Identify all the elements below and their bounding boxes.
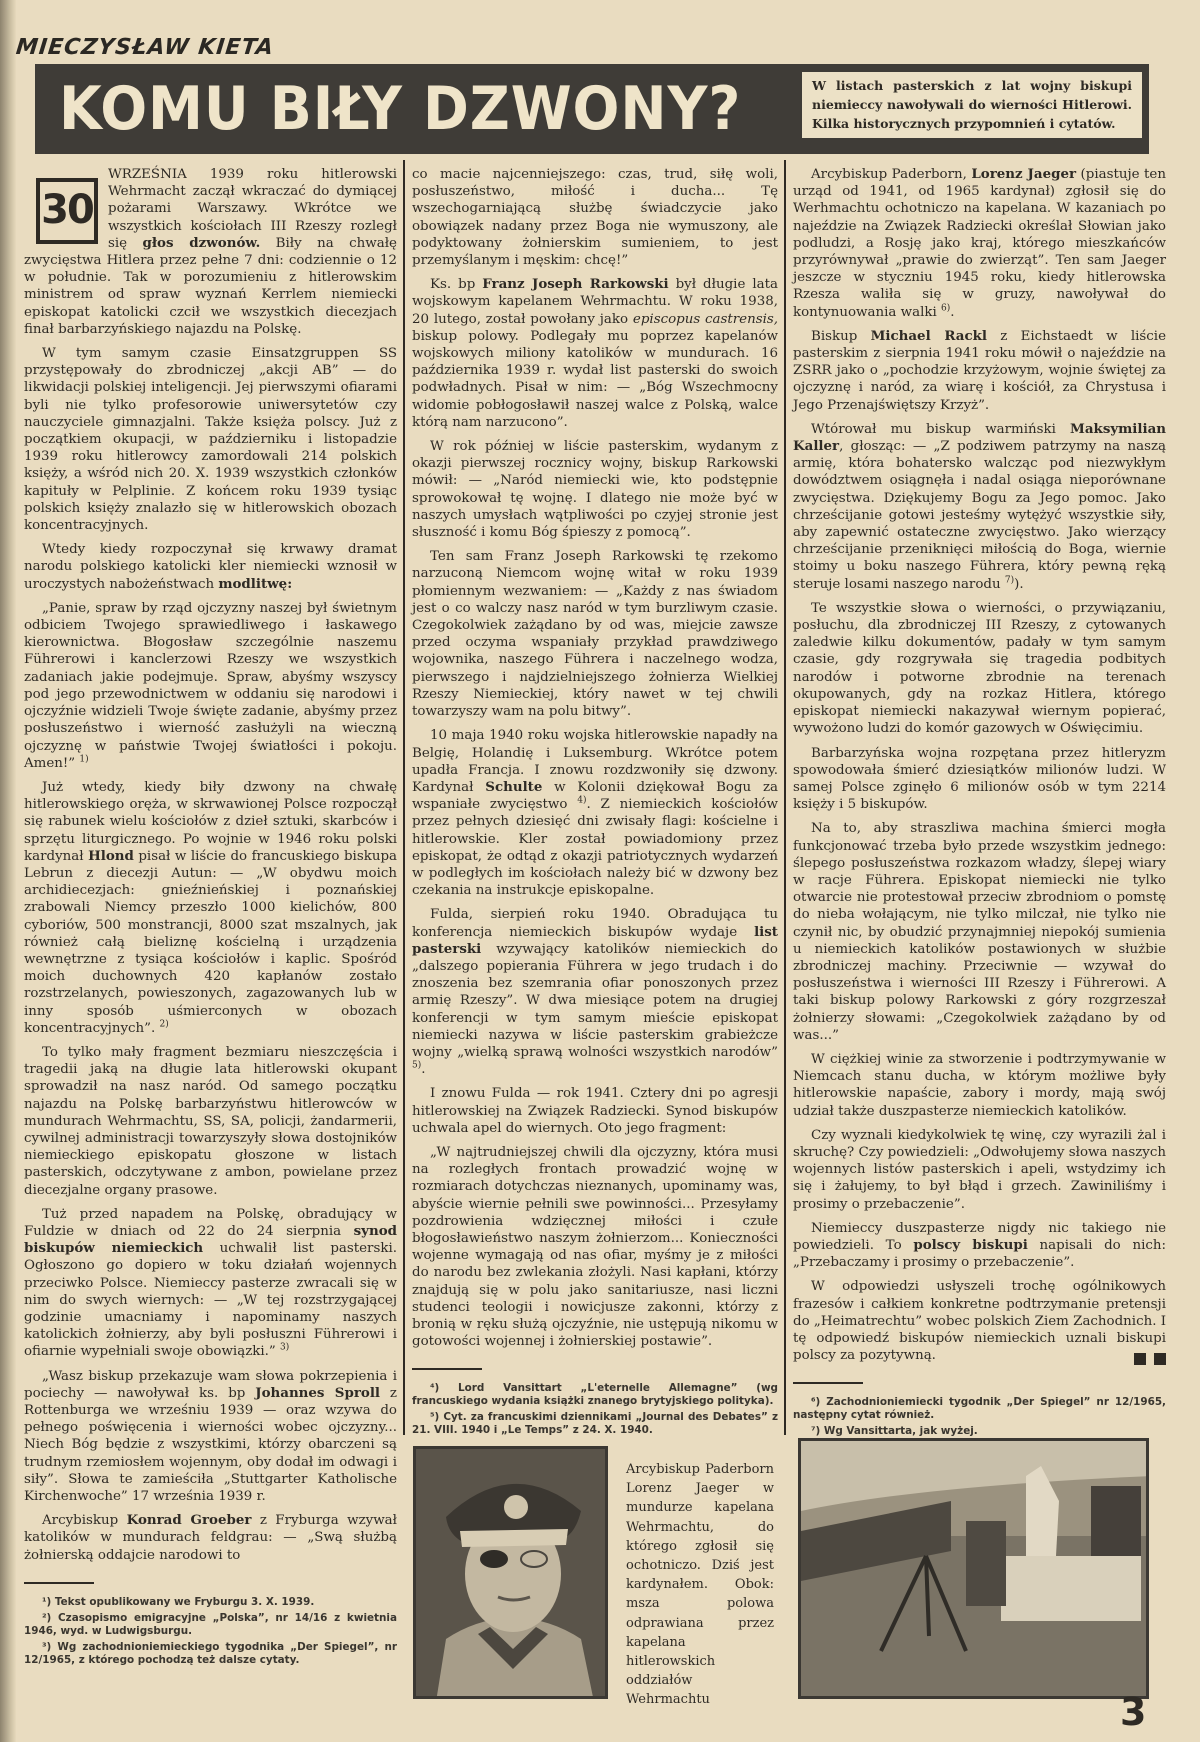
portrait-illustration (416, 1449, 608, 1699)
paragraph: Ks. bp Franz Joseph Rarkowski był długie… (412, 276, 778, 431)
portrait-photo (413, 1446, 608, 1699)
footnote-separator (412, 1368, 482, 1370)
paragraph: W rok później w liście pasterskim, wydan… (412, 438, 778, 541)
paragraph: Arcybiskup Konrad Groeber z Fryburga wzy… (24, 1512, 397, 1564)
page-number: 3 (1120, 1690, 1146, 1734)
article-column-2: co macie najcenniejszego: czas, trud, si… (412, 166, 778, 1440)
footnote: ³) Wg zachodnioniemieckiego tygodnika „D… (24, 1641, 397, 1667)
footnote-ref: 3) (280, 1343, 289, 1353)
paragraph: I znowu Fulda — rok 1941. Cztery dni po … (412, 1085, 778, 1137)
dropcap-date: 30 (36, 178, 98, 244)
paragraph: W tym samym czasie Einsatzgruppen SS prz… (24, 345, 397, 534)
paragraph: Już wtedy, kiedy biły dzwony na chwałę h… (24, 779, 397, 1037)
field-mass-photo (798, 1438, 1149, 1699)
paragraph: Czy wyznali kiedykolwiek tę winę, czy wy… (793, 1127, 1166, 1213)
field-mass-illustration (801, 1441, 1149, 1699)
author-byline: MIECZYSŁAW KIETA (15, 35, 275, 60)
footnote-ref: 5) (412, 1061, 421, 1071)
footnote: ⁴) Lord Vansittart „L'eternelle Allemagn… (412, 1382, 778, 1408)
footnote-ref: 6) (941, 303, 950, 313)
end-of-article-marks (1108, 1353, 1166, 1370)
paragraph: To tylko mały fragment bezmiaru nieszczę… (24, 1044, 397, 1199)
subtitle-box: W listach pasterskich z lat wojny biskup… (802, 72, 1142, 138)
paragraph: Wtedy kiedy rozpoczynał się krwawy drama… (24, 541, 397, 593)
article-column-3: Arcybiskup Paderborn, Lorenz Jaeger (pia… (793, 166, 1166, 1441)
photo-caption: Arcybiskup Paderborn Lorenz Jaeger w mun… (626, 1460, 774, 1710)
page-edge (0, 0, 16, 1742)
column-divider (403, 160, 405, 1435)
paragraph: W ciężkiej winie za stworzenie i podtrzy… (793, 1051, 1166, 1120)
paragraph: Fulda, sierpień roku 1940. Obradująca tu… (412, 906, 778, 1078)
footnote-separator (24, 1582, 94, 1584)
article-column-1: 30 WRZEŚNIA 1939 roku hitlerowski Wehrma… (24, 166, 397, 1670)
footnote-separator (793, 1382, 863, 1384)
paragraph: Wtórował mu biskup warmiński Maksymilian… (793, 421, 1166, 593)
paragraph: Ten sam Franz Joseph Rarkowski tę rzekom… (412, 548, 778, 720)
paragraph: Te wszystkie słowa o wierności, o przywi… (793, 600, 1166, 738)
quote-paragraph: „Panie, spraw by rząd ojczyzny naszej by… (24, 600, 397, 772)
footnote: ²) Czasopismo emigracyjne „Polska”, nr 1… (24, 1612, 397, 1638)
quote-paragraph: „W najtrudniejszej chwili dla ojczyzny, … (412, 1144, 778, 1350)
footnote: ⁵) Cyt. za francuskimi dziennikami „Jour… (412, 1411, 778, 1437)
headline: KOMU BIŁY DZWONY? (59, 74, 741, 144)
paragraph: Na to, aby straszliwa machina śmierci mo… (793, 820, 1166, 1044)
column-divider (784, 160, 786, 1435)
paragraph: Niemieccy duszpasterze nigdy nic takiego… (793, 1220, 1166, 1272)
paragraph: 10 maja 1940 roku wojska hitlerowskie na… (412, 727, 778, 899)
paragraph: Biskup Michael Rackl z Eichstaedt w liśc… (793, 328, 1166, 414)
paragraph: Barbarzyńska wojna rozpętana przez hitle… (793, 745, 1166, 814)
paragraph: Arcybiskup Paderborn, Lorenz Jaeger (pia… (793, 166, 1166, 321)
footnote: ⁶) Zachodnioniemiecki tygodnik „Der Spie… (793, 1396, 1166, 1422)
paragraph: „Wasz biskup przekazuje wam słowa pokrze… (24, 1368, 397, 1506)
paragraph: W odpowiedzi usłyszeli trochę ogólnikowy… (793, 1278, 1166, 1364)
footnote: ¹) Tekst opublikowany we Fryburgu 3. X. … (24, 1596, 397, 1609)
paragraph: Tuż przed napadem na Polskę, obradujący … (24, 1206, 397, 1361)
footnote: ⁷) Wg Vansittarta, jak wyżej. (793, 1425, 1166, 1438)
footnote-ref: 7) (1005, 575, 1014, 585)
footnote-ref: 2) (160, 1019, 169, 1029)
paragraph: co macie najcenniejszego: czas, trud, si… (412, 166, 778, 269)
footnote-ref: 1) (79, 754, 88, 764)
title-bar: KOMU BIŁY DZWONY? W listach pasterskich … (35, 64, 1149, 154)
